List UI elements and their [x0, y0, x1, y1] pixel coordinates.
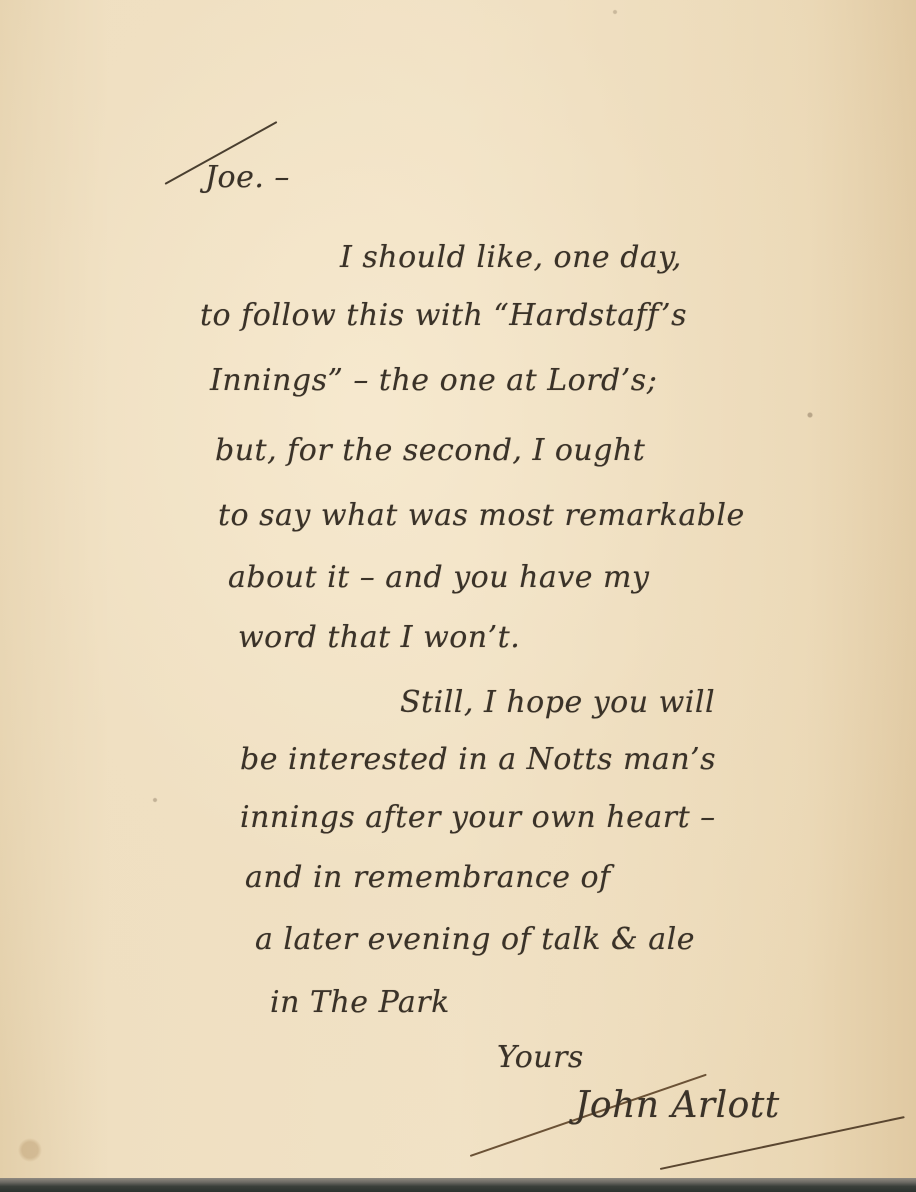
letter-line: to follow this with “Hardstaff’s: [200, 298, 687, 333]
letter-line: be interested in a Notts man’s: [240, 742, 716, 777]
letter-closing: Yours: [497, 1040, 584, 1075]
letter-line: about it – and you have my: [228, 560, 649, 595]
letter-line: but, for the second, I ought: [215, 433, 645, 468]
letter-line: innings after your own heart –: [240, 800, 716, 835]
letter-line: I should like, one day,: [340, 240, 682, 275]
frame-edge: [0, 1178, 916, 1192]
letter-line: Innings” – the one at Lord’s;: [210, 363, 657, 398]
letter-line: word that I won’t.: [238, 620, 520, 655]
letter-line: Still, I hope you will: [400, 685, 715, 720]
letter-line: to say what was most remarkable: [218, 498, 745, 533]
letter-signature: John Arlott: [575, 1085, 780, 1126]
letter-line: in The Park: [270, 985, 450, 1020]
letter-salutation: Joe. –: [205, 160, 290, 195]
letter-line: and in remembrance of: [245, 860, 611, 895]
letter-line: a later evening of talk & ale: [255, 922, 695, 957]
letter-paper: Joe. – I should like, one day, to follow…: [0, 0, 916, 1178]
